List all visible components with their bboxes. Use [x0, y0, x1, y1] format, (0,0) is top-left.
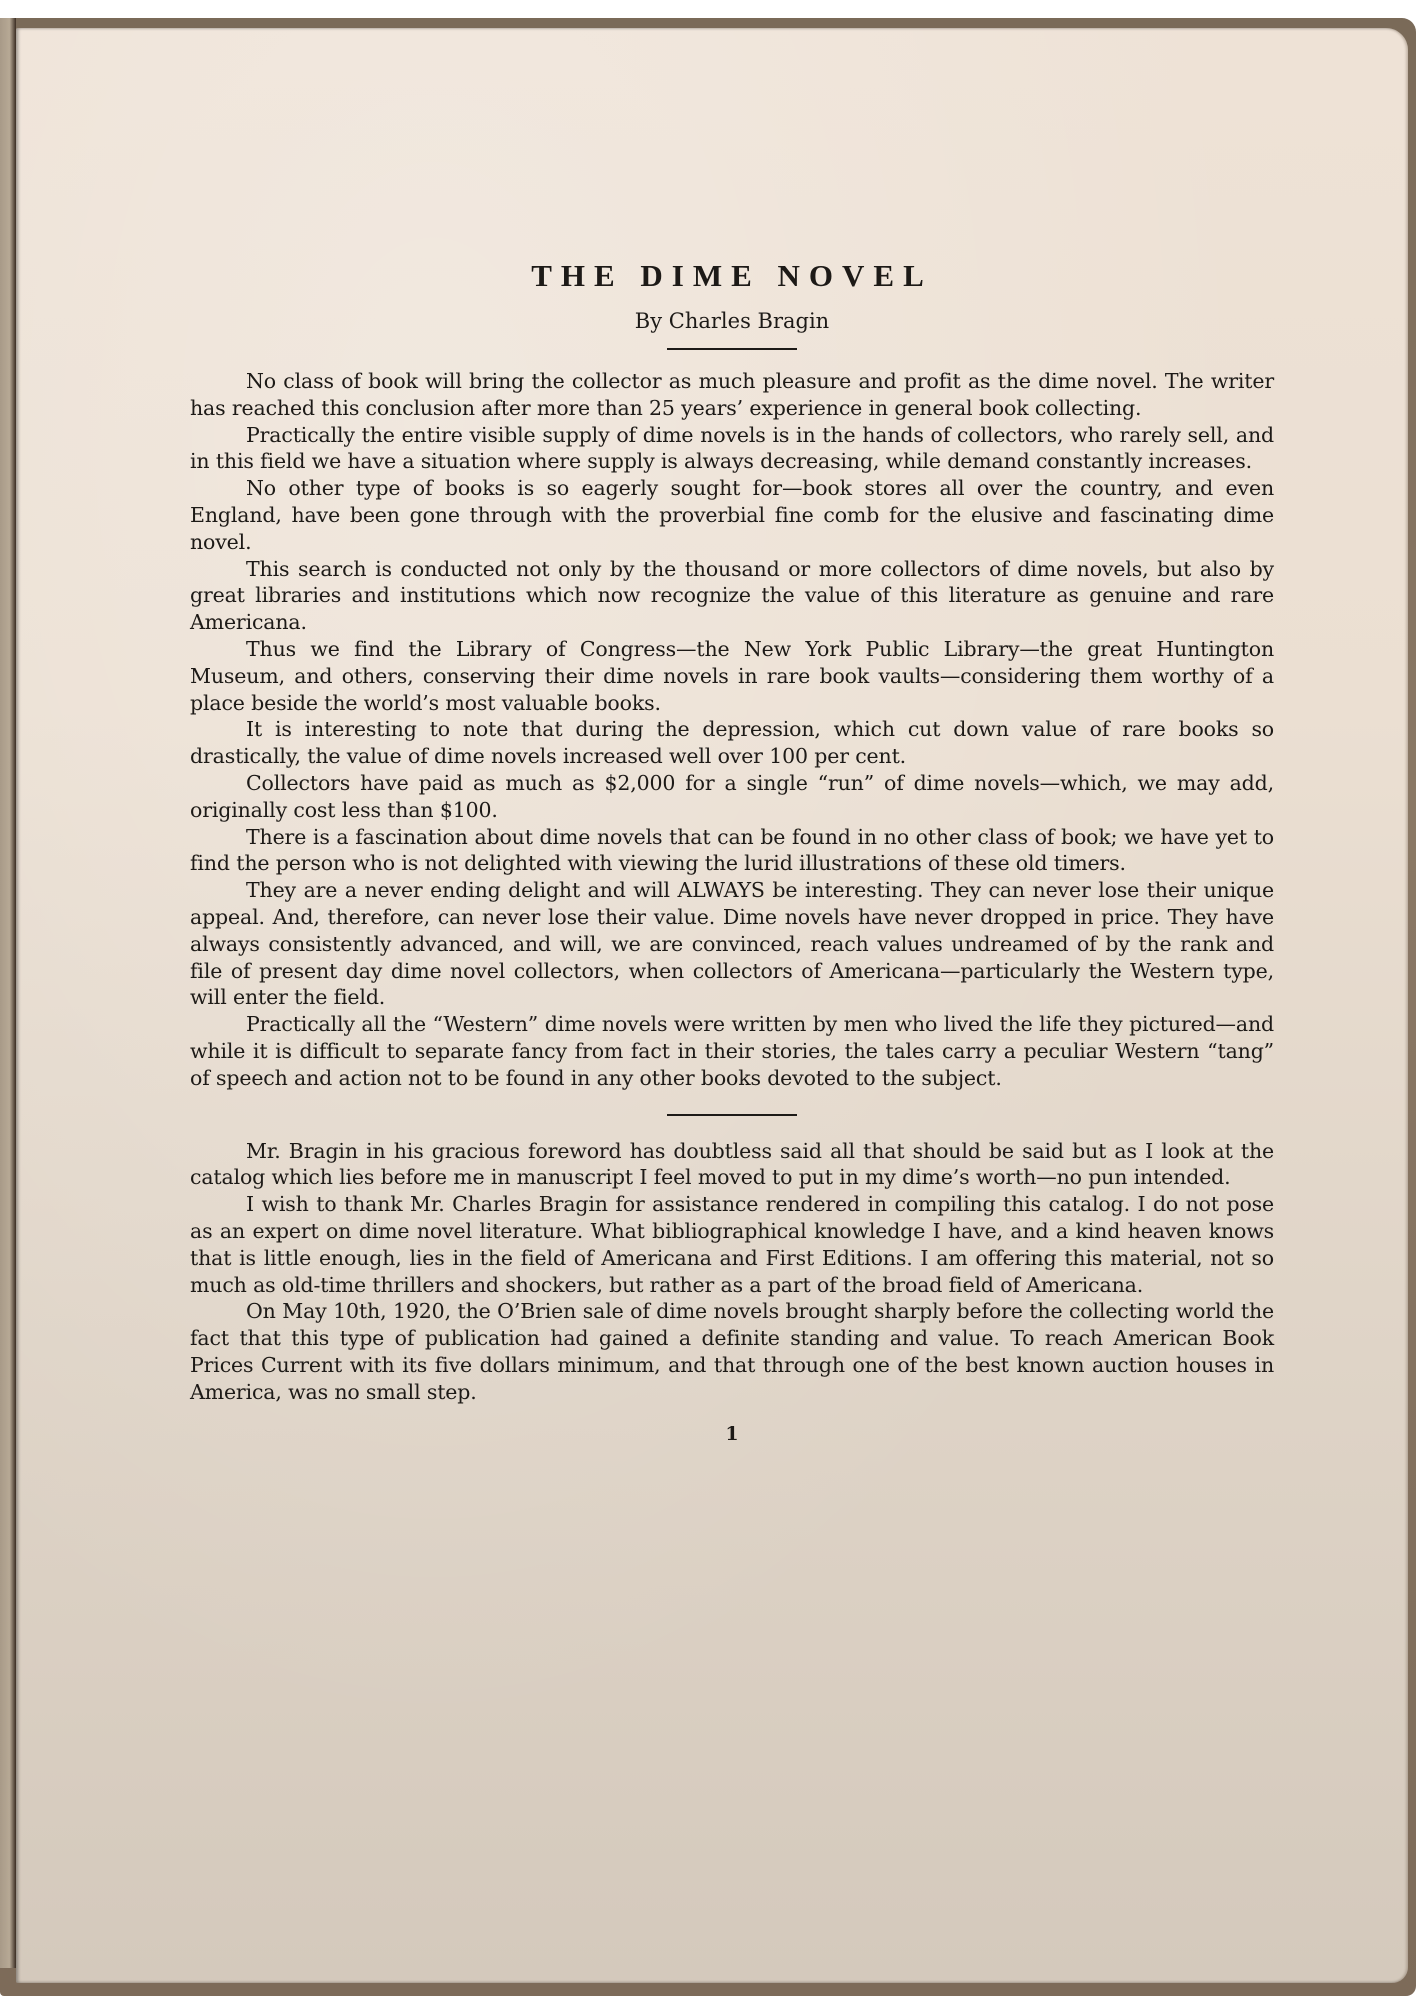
paragraph: No class of book will bring the collecto…: [190, 368, 1274, 422]
section-divider: [667, 1114, 797, 1116]
paragraph: This search is conducted not only by the…: [190, 556, 1274, 636]
booklet-spine: [0, 18, 16, 1968]
paragraph: Practically all the “Western” dime novel…: [190, 1011, 1274, 1091]
page-content: THE DIME NOVEL By Charles Bragin No clas…: [190, 258, 1274, 1445]
paragraph: On May 10th, 1920, the O’Brien sale of d…: [190, 1298, 1274, 1405]
paragraph: Thus we find the Library of Congress—the…: [190, 636, 1274, 716]
article-title: THE DIME NOVEL: [190, 258, 1274, 294]
page-number: 1: [190, 1423, 1274, 1445]
paragraph: Mr. Bragin in his gracious foreword has …: [190, 1138, 1274, 1192]
foreword-section: No class of book will bring the collecto…: [190, 368, 1274, 1092]
compiler-note-section: Mr. Bragin in his gracious foreword has …: [190, 1138, 1274, 1406]
paragraph: It is interesting to note that during th…: [190, 716, 1274, 770]
paragraph: Practically the entire visible supply of…: [190, 422, 1274, 476]
article-byline: By Charles Bragin: [190, 308, 1274, 334]
paragraph: There is a fascination about dime novels…: [190, 824, 1274, 878]
paragraph: I wish to thank Mr. Charles Bragin for a…: [190, 1191, 1274, 1298]
paragraph: They are a never ending delight and will…: [190, 877, 1274, 1011]
paragraph: No other type of books is so eagerly sou…: [190, 475, 1274, 555]
title-divider: [667, 348, 797, 350]
paragraph: Collectors have paid as much as $2,000 f…: [190, 770, 1274, 824]
